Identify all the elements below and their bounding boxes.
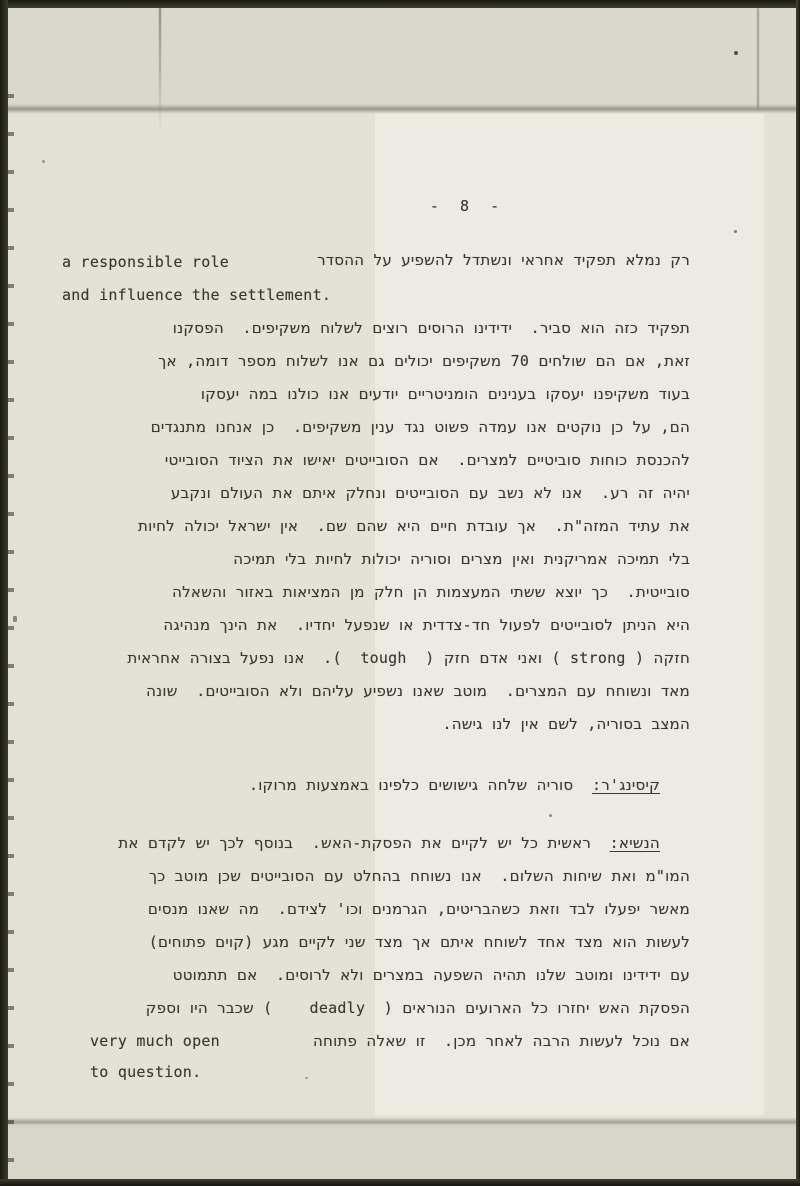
speck — [13, 616, 17, 622]
para1-english-line2: and influence the settlement. — [62, 285, 331, 305]
scan-border-left — [0, 0, 8, 1186]
vertical-crease — [159, 8, 161, 134]
para2-line: את עתיד המזה"ת. אך עובדת חיים היא שהם שם… — [138, 516, 690, 536]
president-line: מאשר יפעלו לבד וזאת כשהבריטים, הגרמנים ו… — [148, 899, 690, 919]
president-english-line1: very much open — [90, 1031, 220, 1051]
speaker-president: הנשיא: — [610, 834, 660, 852]
scan-border-right — [796, 0, 800, 1186]
president-line1: הנשיא: ראשית כל יש לקיים את הפסקת-האש. ב… — [118, 833, 660, 853]
fold-line-top — [0, 105, 800, 113]
scan-border-top — [0, 0, 800, 8]
kissinger-text: סוריה שלחה גישושים כלפינו באמצעות מרוקו. — [249, 776, 592, 794]
para2-line: בלי תמיכה אמריקנית ואין מצרים וסוריה יכו… — [233, 549, 690, 569]
fold-line-bottom — [0, 1118, 800, 1126]
president-line-deadly: הפסקת האש יחזרו כל הארועים הנוראים ( dea… — [146, 998, 690, 1018]
scanned-page: - 8 - רק נמלא תפקיד אחראי ונשתדל להשפיע … — [0, 0, 800, 1186]
page-number: - 8 - — [420, 196, 510, 216]
para2-line: הם, על כן נוקטים אנו עמדה פשוט נגד ענין … — [151, 417, 690, 437]
president-line: לעשות הוא מצד אחד לשוחח איתם אך מצד שני … — [149, 932, 690, 952]
para2-line: היא הניתן לסובייטים לפעול חד-צדדית או שנ… — [163, 615, 690, 635]
president-line: עם ידידינו ומוטב שלנו תהיה השפעה במצרים … — [173, 965, 690, 985]
para2-line: זאת, אם הם שולחים 70 משקיפים יכולים גם א… — [158, 351, 690, 371]
president-closing-hebrew: אם נוכל לעשות הרבה לאחר מכן. זו שאלה פתו… — [313, 1031, 690, 1051]
para2-line: מאד ונשוחח עם המצרים. מוטב שאנו נשפיע על… — [146, 681, 690, 701]
president-english-line2: to question. — [90, 1062, 201, 1082]
paper-bottom-strip — [8, 1126, 800, 1179]
para2-line: סובייטית. כך יוצא ששתי המעצמות הן חלק מן… — [172, 582, 690, 602]
para2-line: חזקה ( strong ) ואני אדם חזק ( tough ). … — [127, 648, 690, 668]
para2-line: להכנסת כוחות סוביטיים למצרים. אם הסובייט… — [165, 450, 690, 470]
para2-line: תפקיד כזה הוא סביר. ידידינו הרוסים רוצים… — [173, 318, 690, 338]
para2-line: המצב בסוריה, לשם אין לנו גישה. — [442, 714, 690, 734]
speck — [305, 1077, 308, 1079]
scan-border-bottom — [0, 1179, 800, 1186]
speaker-kissinger: קיסינג'ר: — [592, 776, 660, 794]
president-line1-text: ראשית כל יש לקיים את הפסקת-האש. בנוסף לכ… — [118, 834, 609, 852]
kissinger-line: קיסינג'ר: סוריה שלחה גישושים כלפינו באמצ… — [249, 775, 660, 795]
speck — [549, 814, 552, 817]
speck — [734, 230, 737, 233]
president-line: המו"מ ואת שיחות השלום. אנו נשוחח בהחלט ע… — [149, 866, 690, 886]
paper-top-strip — [8, 8, 800, 108]
para2-line: יהיה זה רע. אנו לא נשב עם הסובייטים ונחל… — [171, 483, 690, 503]
speck — [42, 160, 45, 163]
para1-hebrew-line: רק נמלא תפקיד אחראי ונשתדל להשפיע על ההס… — [317, 250, 690, 270]
para1-english-line1: a responsible role — [62, 252, 229, 272]
speck — [734, 51, 738, 55]
vertical-crease-right — [757, 8, 759, 110]
para2-line: בעוד משקיפנו יעסקו בענינים הומניטריים יו… — [201, 384, 690, 404]
